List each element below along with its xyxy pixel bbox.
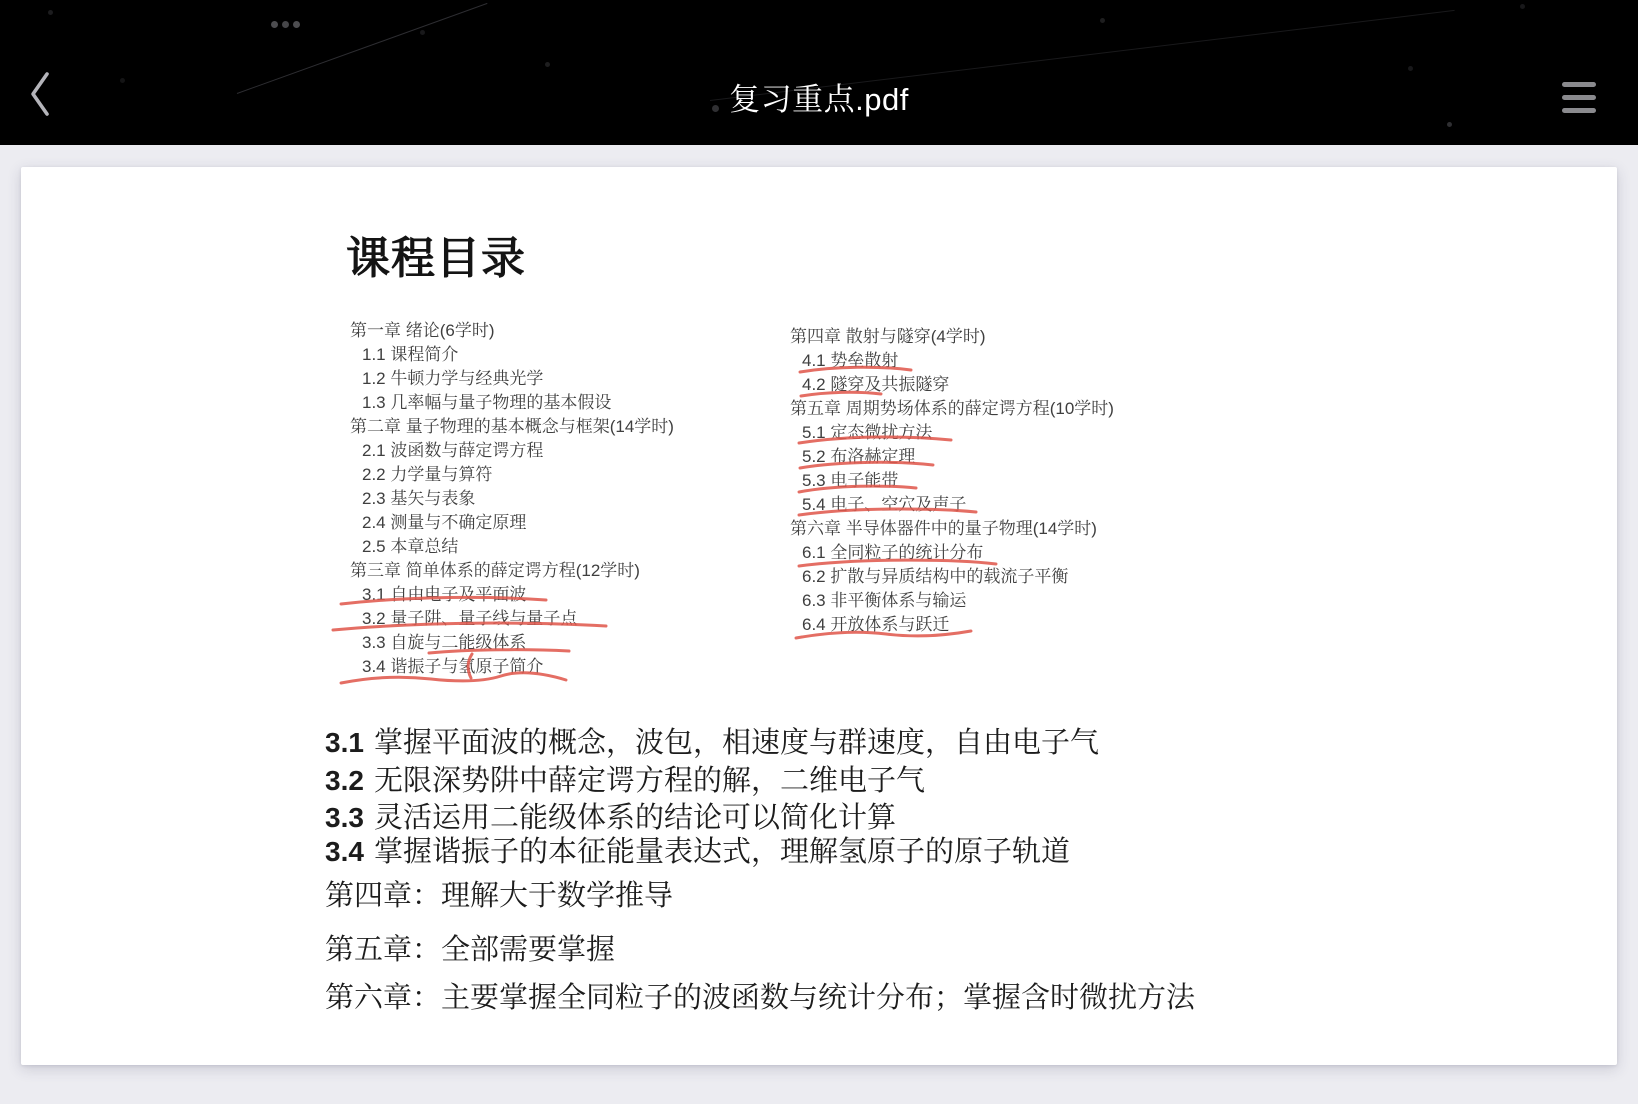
- top-navigation-bar: 复习重点.pdf: [0, 0, 1638, 145]
- note-number: 3.4: [325, 836, 364, 867]
- pdf-viewer-screen: 复习重点.pdf 课程目录 第一章 绪论(6学时) 1.1 课程简介 1.2 牛…: [0, 0, 1638, 1104]
- menu-button[interactable]: [1562, 76, 1602, 118]
- hamburger-icon: [1562, 82, 1602, 113]
- note-line: 3.1掌握平面波的概念，波包，相速度与群速度，自由电子气: [325, 720, 1099, 761]
- note-line: 第四章：理解大于数学推导: [325, 873, 673, 914]
- note-text: 无限深势阱中薛定谔方程的解，二维电子气: [374, 765, 925, 797]
- note-text: 第六章：主要掌握全同粒子的波函数与统计分布；掌握含时微扰方法: [325, 982, 1195, 1014]
- hamburger-bar: [1562, 95, 1596, 100]
- note-text: 第四章：理解大于数学推导: [325, 880, 673, 912]
- document-title: 复习重点.pdf: [0, 74, 1638, 119]
- note-text: 第五章：全部需要掌握: [325, 934, 615, 966]
- wallpaper-star-specks: [0, 0, 5, 5]
- note-text: 掌握平面波的概念，波包，相速度与群速度，自由电子气: [374, 727, 1099, 759]
- hamburger-bar: [1562, 108, 1596, 113]
- pdf-page[interactable]: 课程目录 第一章 绪论(6学时) 1.1 课程简介 1.2 牛顿力学与经典光学 …: [21, 167, 1617, 1065]
- hamburger-bar: [1562, 82, 1596, 87]
- viewer-canvas[interactable]: 课程目录 第一章 绪论(6学时) 1.1 课程简介 1.2 牛顿力学与经典光学 …: [0, 145, 1638, 1104]
- note-line: 第五章：全部需要掌握: [325, 927, 615, 968]
- review-notes: 3.1掌握平面波的概念，波包，相速度与群速度，自由电子气 3.2无限深势阱中薛定…: [21, 167, 1617, 1065]
- note-text: 掌握谐振子的本征能量表达式，理解氢原子的原子轨道: [374, 836, 1070, 868]
- note-line: 3.2无限深势阱中薛定谔方程的解，二维电子气: [325, 758, 925, 799]
- note-number: 3.1: [325, 727, 364, 758]
- note-number: 3.2: [325, 765, 364, 796]
- note-line: 3.4掌握谐振子的本征能量表达式，理解氢原子的原子轨道: [325, 829, 1070, 870]
- note-line: 第六章：主要掌握全同粒子的波函数与统计分布；掌握含时微扰方法: [325, 975, 1195, 1016]
